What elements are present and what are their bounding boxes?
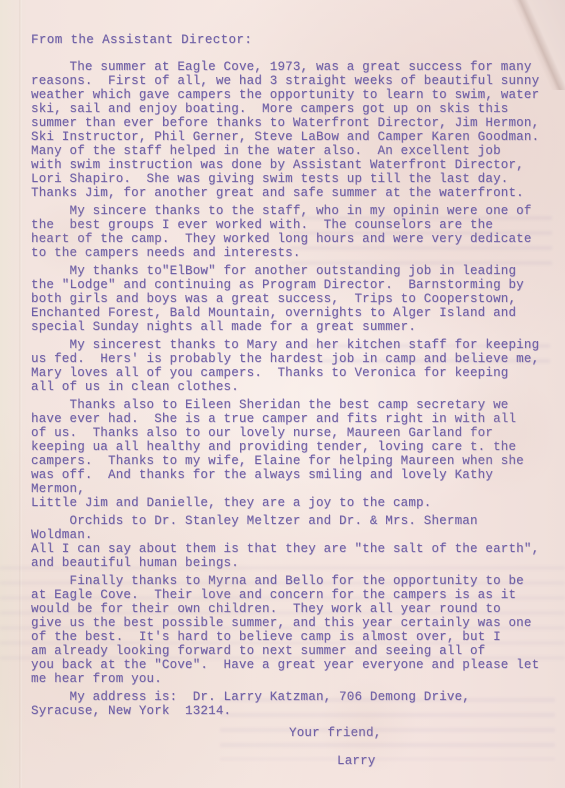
- letter-paragraph-program-director: My thanks to"ElBow" for another outstand…: [31, 264, 545, 334]
- letter-paragraph-kitchen-staff: My sincerest thanks to Mary and her kitc…: [31, 338, 545, 394]
- letter-paragraph-secretary-nurse: Thanks also to Eileen Sheridan the best …: [31, 398, 545, 510]
- letter-paragraph-staff-thanks: My sincere thanks to the staff, who in m…: [31, 204, 545, 260]
- letter-closing: Your friend, Larry: [289, 726, 545, 768]
- valediction: Your friend,: [289, 726, 545, 740]
- signature: Larry: [289, 754, 545, 768]
- letter-paragraph-orchids: Orchids to Dr. Stanley Meltzer and Dr. &…: [31, 514, 545, 570]
- scanned-letter-page: From the Assistant Director: The summer …: [0, 0, 565, 788]
- letter-paragraph-myrna-bello: Finally thanks to Myrna and Bello for th…: [31, 574, 545, 686]
- paper-crease: [19, 0, 22, 788]
- letter-heading: From the Assistant Director:: [31, 33, 545, 47]
- letter-paragraph-address: My address is: Dr. Larry Katzman, 706 De…: [31, 690, 545, 718]
- letter-paragraph-summer-success: The summer at Eagle Cove, 1973, was a gr…: [31, 60, 545, 200]
